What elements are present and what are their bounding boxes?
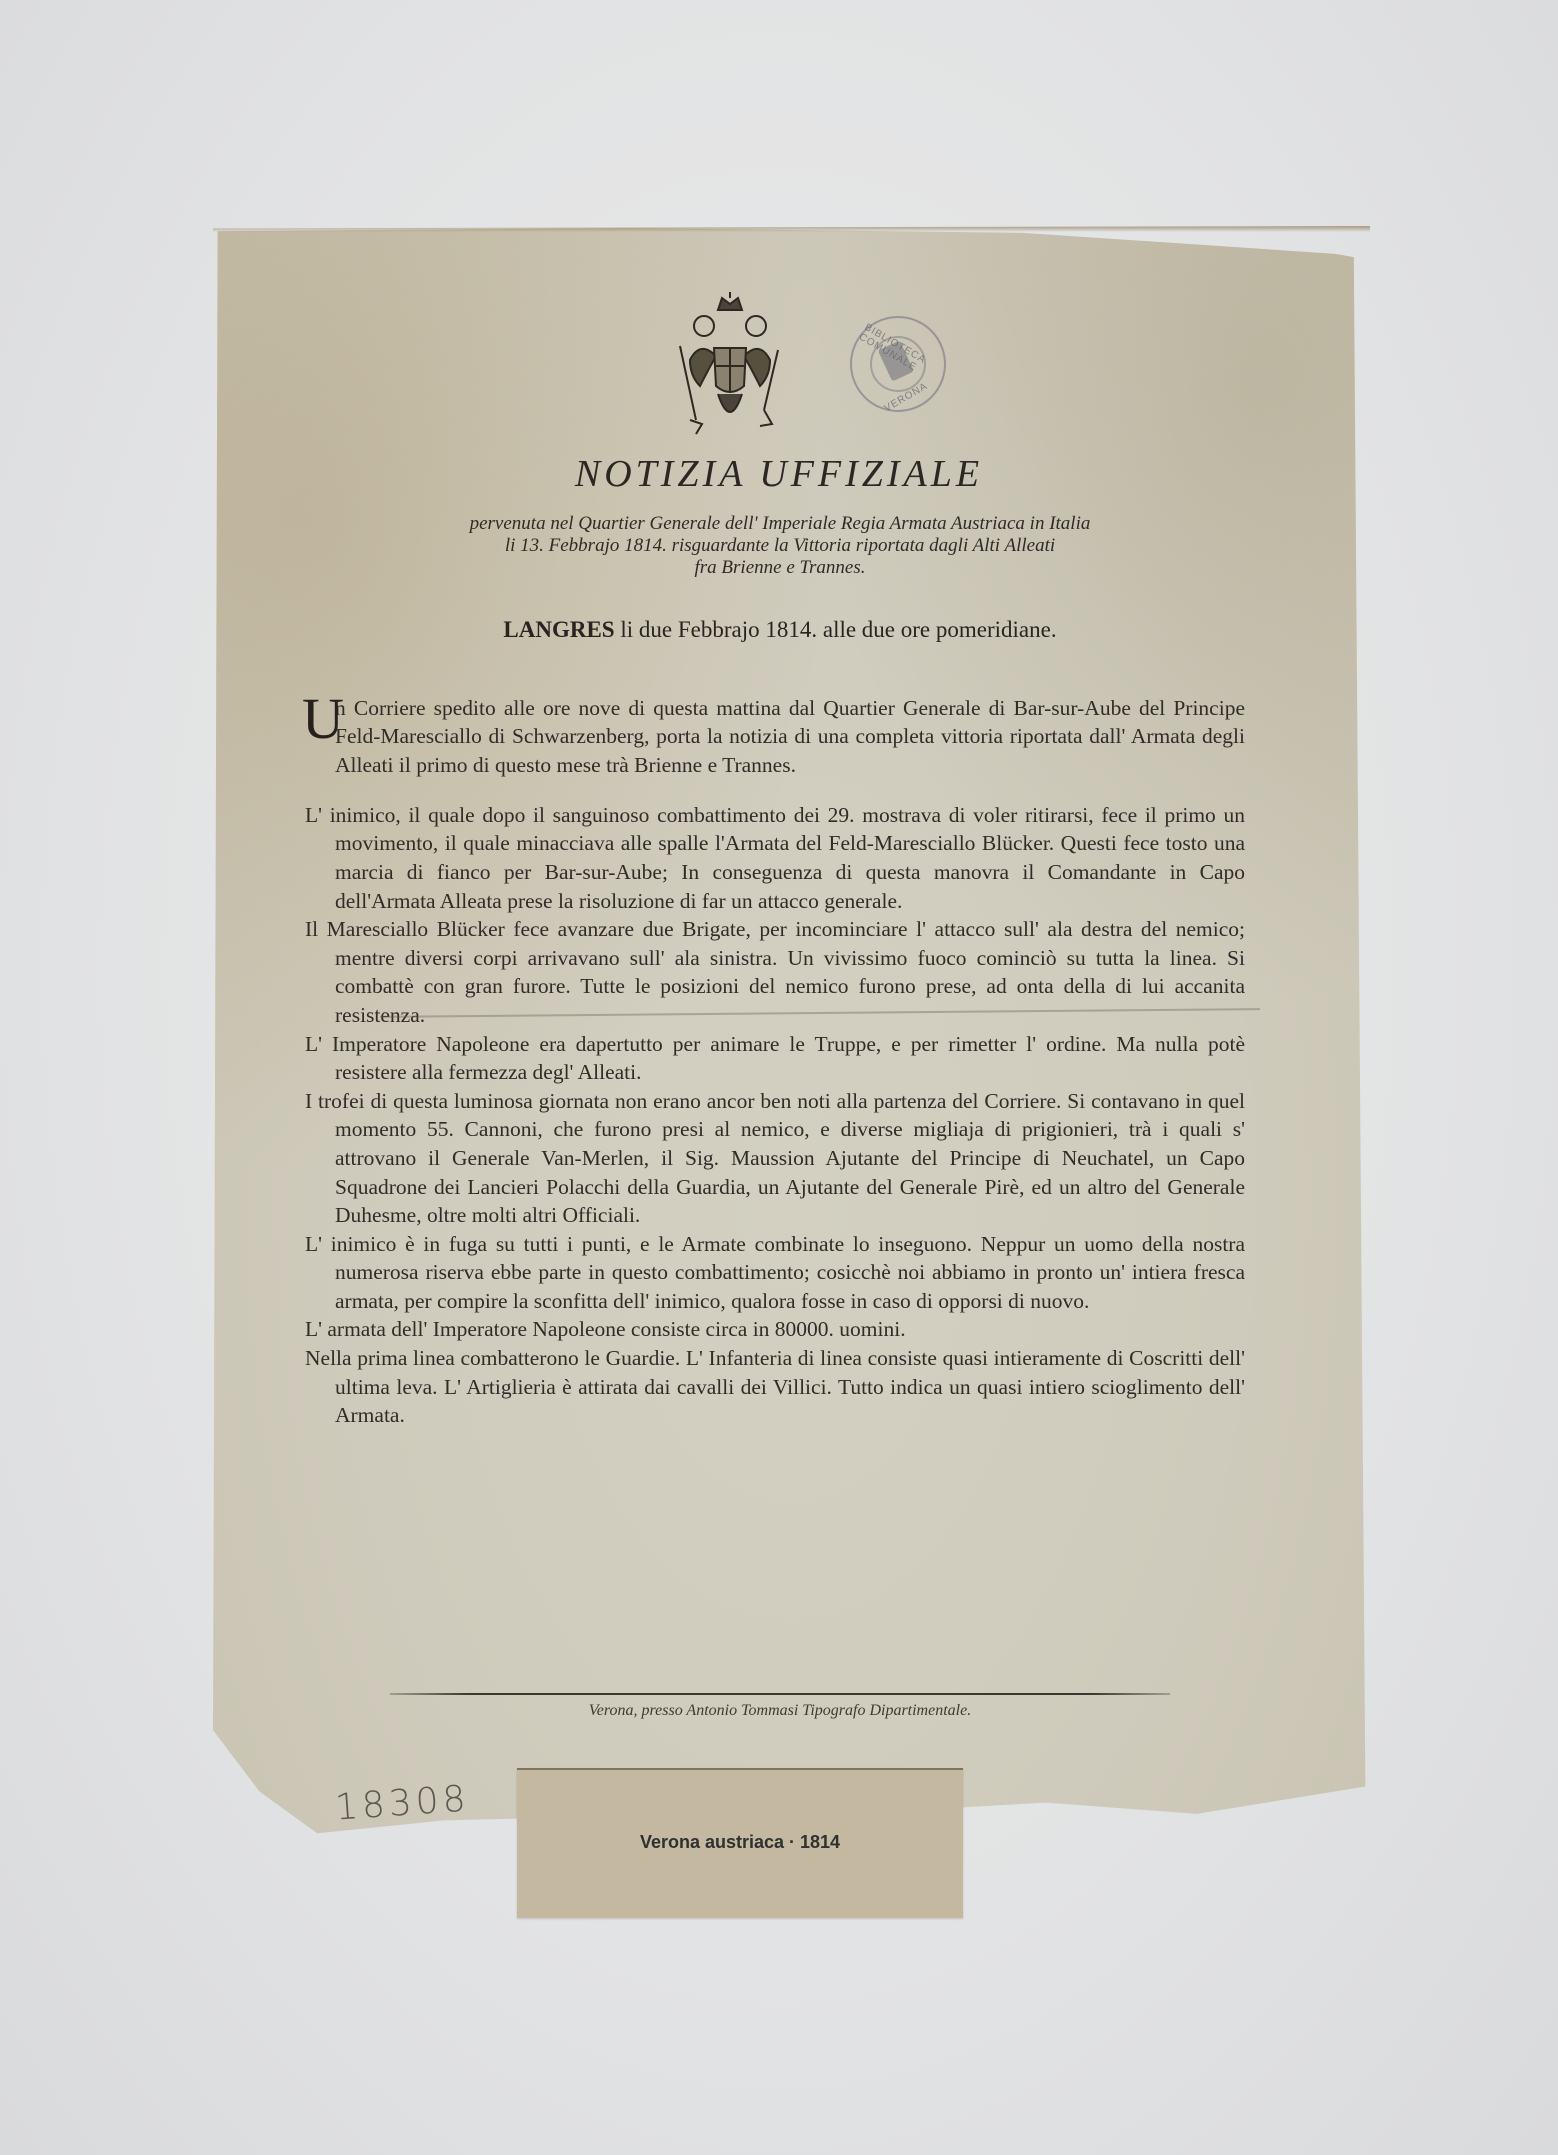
imprint-rule	[390, 1693, 1170, 1695]
document-body: U n Corriere spedito alle ore nove di qu…	[305, 672, 1245, 1430]
double-headed-eagle-crest-icon	[660, 290, 800, 450]
subtitle-line: li 13. Febbrajo 1814. risguardante la Vi…	[330, 535, 1230, 557]
paragraph: Nella prima linea combatterono le Guardi…	[305, 1344, 1245, 1430]
paragraph: L' inimico, il quale dopo il sanguinoso …	[305, 801, 1245, 915]
paragraph: I trofei di questa luminosa giornata non…	[305, 1087, 1245, 1230]
subtitle-line: fra Brienne e Trannes.	[330, 557, 1230, 579]
paragraph: L' Imperatore Napoleone era dapertutto p…	[305, 1030, 1245, 1087]
paragraph: L' armata dell' Imperatore Napoleone con…	[305, 1315, 1245, 1344]
paragraph-text: n Corriere spedito alle ore nove di ques…	[335, 696, 1245, 777]
dateline-rest: li due Febbrajo 1814. alle due ore pomer…	[615, 617, 1057, 642]
drop-cap: U	[302, 690, 344, 748]
paragraph: U n Corriere spedito alle ore nove di qu…	[305, 694, 1245, 780]
library-stamp: BIBLIOTECA COMUNALE VERONA	[850, 316, 946, 412]
document-title: NOTIZIA UFFIZIALE	[0, 452, 1558, 496]
paragraph: L' inimico è in fuga su tutti i punti, e…	[305, 1230, 1245, 1316]
subtitle-line: pervenuta nel Quartier Generale dell' Im…	[330, 513, 1230, 535]
archive-label-card: Verona austriaca · 1814	[517, 1768, 963, 1918]
label-card-text: Verona austriaca · 1814	[517, 1832, 963, 1853]
document-subtitle: pervenuta nel Quartier Generale dell' Im…	[330, 513, 1230, 579]
printer-imprint: Verona, presso Antonio Tommasi Tipografo…	[390, 1702, 1170, 1720]
dateline-place: LANGRES	[503, 617, 614, 642]
dateline: LANGRES li due Febbrajo 1814. alle due o…	[330, 617, 1230, 643]
